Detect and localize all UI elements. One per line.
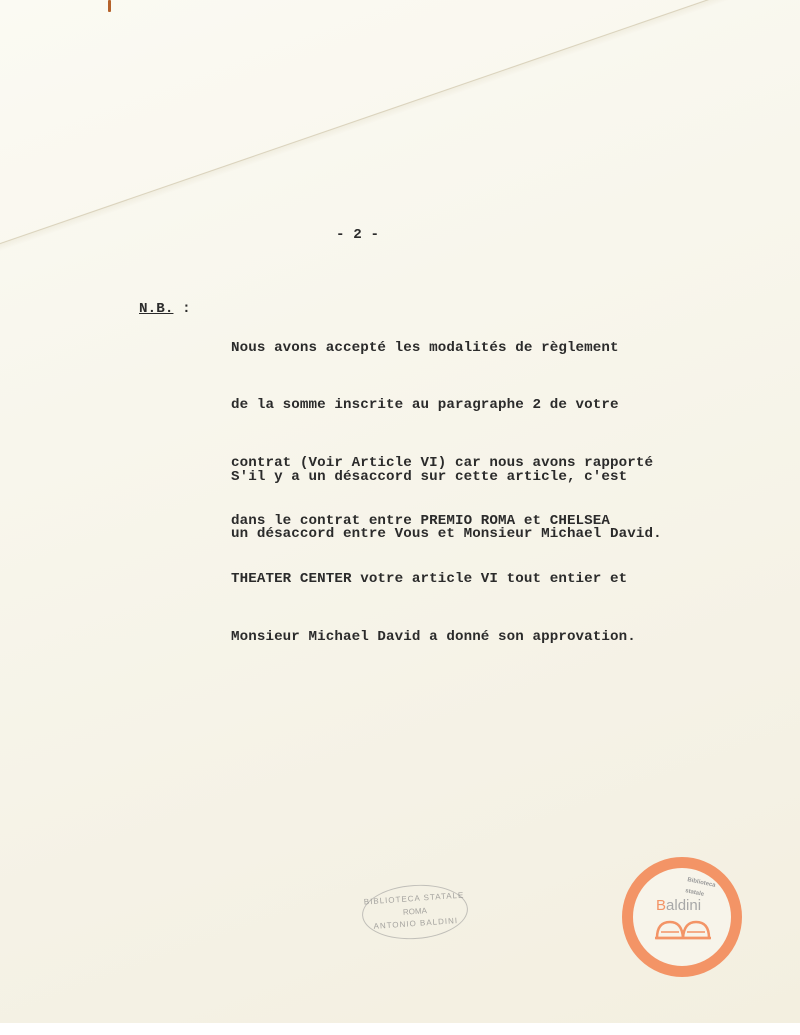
text-line: Nous avons accepté les modalités de règl… [231,339,653,358]
nb-label: N.B. : [139,300,191,319]
paper-tear-mark [108,0,111,12]
open-book-icon [655,918,711,940]
logo-brand-text: Baldini [656,897,701,914]
nb-colon: : [173,301,190,317]
logo-small-text-1: Biblioteca [687,877,716,889]
text-line: S'il y a un désaccord sur cette article,… [231,468,662,487]
paper-crease [0,0,800,258]
paper-crease-line [0,0,800,251]
scanned-page: - 2 - N.B. : Nous avons accepté les moda… [0,0,800,1023]
baldini-library-logo: Biblioteca statale Baldini [622,857,742,977]
text-line: un désaccord entre Vous et Monsieur Mich… [231,525,662,544]
nb-abbreviation: N.B. [139,301,173,317]
library-stamp: BIBLIOTECA STATALE ROMA ANTONIO BALDINI [360,881,470,942]
page-number: - 2 - [336,226,379,245]
text-line: Monsieur Michael David a donné son appro… [231,628,653,647]
paragraph-2: S'il y a un désaccord sur cette article,… [231,429,662,583]
text-line: de la somme inscrite au paragraphe 2 de … [231,396,653,415]
